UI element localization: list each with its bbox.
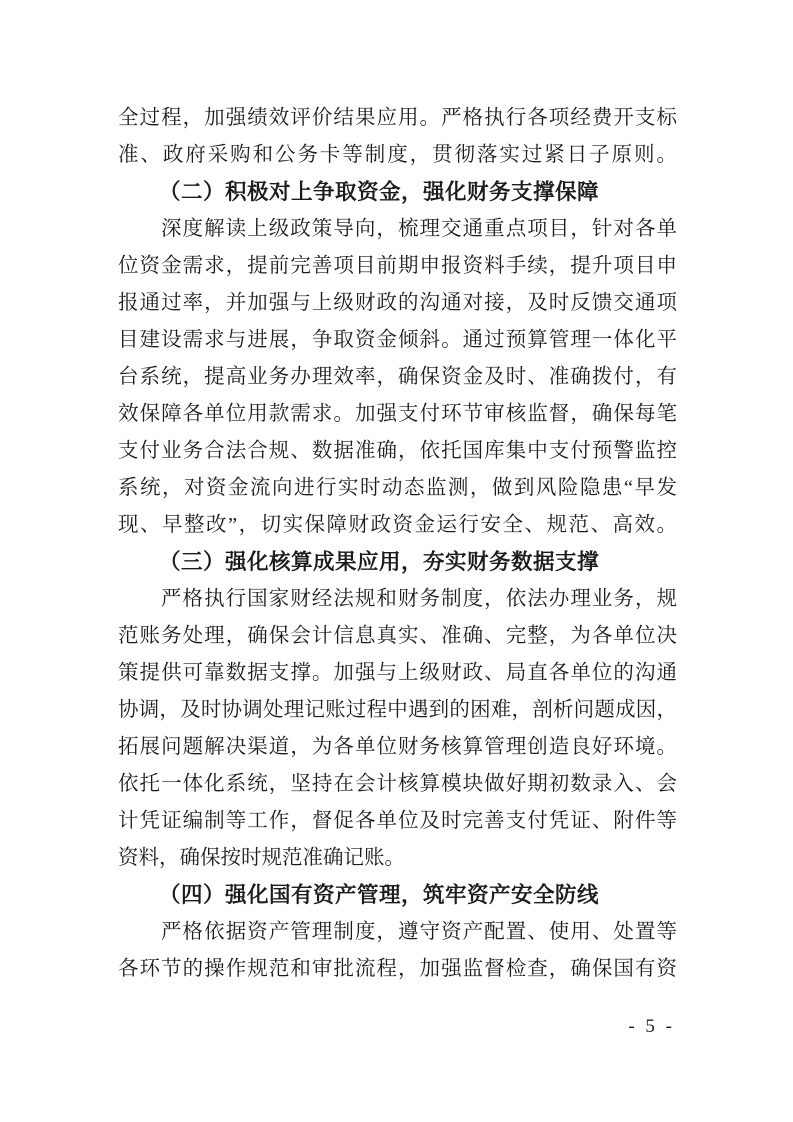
body-line: 严格依据资产管理制度，遵守资产配置、使用、处置等 — [118, 914, 677, 951]
body-line: 现、早整改”，切实保障财政资金运行安全、规范、高效。 — [118, 507, 677, 544]
body-line: 严格执行国家财经法规和财务制度，依法办理业务，规 — [118, 581, 677, 618]
section-heading-2: （二）积极对上争取资金，强化财务支撑保障 — [118, 174, 677, 211]
document-body: 全过程，加强绩效评价结果应用。严格执行各项经费开支标 准、政府采购和公务卡等制度… — [118, 100, 677, 988]
page-number: - 5 - — [628, 1014, 675, 1040]
document-page: 全过程，加强绩效评价结果应用。严格执行各项经费开支标 准、政府采购和公务卡等制度… — [0, 0, 793, 1122]
body-line: 报通过率，并加强与上级财政的沟通对接，及时反馈交通项 — [118, 285, 677, 322]
body-line: 各环节的操作规范和审批流程，加强监督检查，确保国有资 — [118, 951, 677, 988]
body-line: 准、政府采购和公务卡等制度，贯彻落实过紧日子原则。 — [118, 137, 677, 174]
body-line: 效保障各单位用款需求。加强支付环节审核监督，确保每笔 — [118, 396, 677, 433]
body-line: 协调，及时协调处理记账过程中遇到的困难，剖析问题成因， — [118, 692, 677, 729]
body-line: 计凭证编制等工作，督促各单位及时完善支付凭证、附件等 — [118, 803, 677, 840]
body-line: 依托一体化系统，坚持在会计核算模块做好期初数录入、会 — [118, 766, 677, 803]
body-line: 资料，确保按时规范准确记账。 — [118, 840, 677, 877]
body-line: 位资金需求，提前完善项目前期申报资料手续，提升项目申 — [118, 248, 677, 285]
body-line: 系统，对资金流向进行实时动态监测，做到风险隐患“早发 — [118, 470, 677, 507]
section-heading-4: （四）强化国有资产管理，筑牢资产安全防线 — [118, 877, 677, 914]
body-line: 范账务处理，确保会计信息真实、准确、完整，为各单位决 — [118, 618, 677, 655]
body-line: 支付业务合法合规、数据准确，依托国库集中支付预警监控 — [118, 433, 677, 470]
section-heading-3: （三）强化核算成果应用，夯实财务数据支撑 — [118, 544, 677, 581]
body-line: 拓展问题解决渠道，为各单位财务核算管理创造良好环境。 — [118, 729, 677, 766]
body-line: 深度解读上级政策导向，梳理交通重点项目，针对各单 — [118, 211, 677, 248]
body-line: 目建设需求与进展，争取资金倾斜。通过预算管理一体化平 — [118, 322, 677, 359]
body-line: 台系统，提高业务办理效率，确保资金及时、准确拨付，有 — [118, 359, 677, 396]
body-line: 全过程，加强绩效评价结果应用。严格执行各项经费开支标 — [118, 100, 677, 137]
body-line: 策提供可靠数据支撑。加强与上级财政、局直各单位的沟通 — [118, 655, 677, 692]
